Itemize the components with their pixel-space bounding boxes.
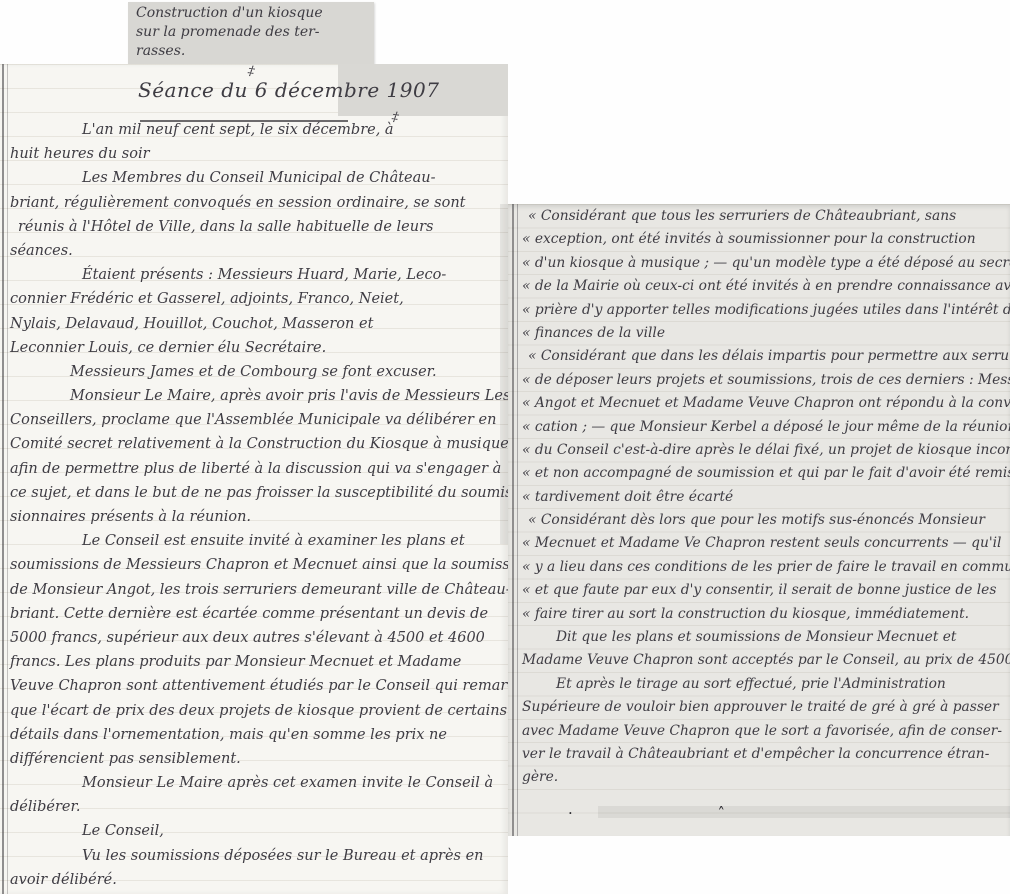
text-line: « prière d'y apporter telles modificatio…: [522, 302, 1008, 325]
text-line: « Considérant que tous les serruriers de…: [522, 208, 1008, 231]
text-line: Veuve Chapron sont attentivement étudiés…: [10, 678, 506, 702]
text-line: Le Conseil,: [10, 823, 506, 847]
text-line: francs. Les plans produits par Monsieur …: [10, 654, 506, 678]
text-line: Supérieure de vouloir bien approuver le …: [522, 699, 1008, 722]
text-line: « Considérant dès lors que pour les moti…: [522, 512, 1008, 535]
text-line: L'an mil neuf cent sept, le six décembre…: [10, 122, 506, 146]
text-line: « tardivement doit être écarté: [522, 489, 1008, 512]
text-line: Conseillers, proclame que l'Assemblée Mu…: [10, 412, 506, 436]
text-line: ver le travail à Châteaubriant et d'empê…: [522, 746, 1008, 769]
text-line: « Considérant que dans les délais impart…: [522, 348, 1008, 371]
text-line: « y a lieu dans ces conditions de les pr…: [522, 559, 1008, 582]
text-line: Étaient présents : Messieurs Huard, Mari…: [10, 267, 506, 291]
text-line: Monsieur Le Maire après cet examen invit…: [10, 775, 506, 799]
stray-ink-marks: · ˄: [568, 804, 795, 822]
text-line: « finances de la ville: [522, 325, 1008, 348]
text-line: « et que faute par eux d'y consentir, il…: [522, 582, 1008, 605]
left-page-margin-line: [2, 64, 4, 894]
left-page-text: L'an mil neuf cent sept, le six décembre…: [10, 122, 506, 894]
text-line: Les Membres du Conseil Municipal de Chât…: [10, 170, 506, 194]
text-line: gère.: [522, 769, 1008, 792]
text-line: briant. Cette dernière est écartée comme…: [10, 606, 506, 630]
header-note-line: sur la promenade des ter-: [136, 23, 368, 42]
text-line: réunis à l'Hôtel de Ville, dans la salle…: [10, 219, 506, 243]
text-line: séances.: [10, 243, 506, 267]
text-line: briant, régulièrement convoqués en sessi…: [10, 195, 506, 219]
text-line: « cation ; — que Monsieur Kerbel a dépos…: [522, 419, 1008, 442]
text-line: Nylais, Delavaud, Houillot, Couchot, Mas…: [10, 316, 506, 340]
text-line: de Monsieur Angot, les trois serruriers …: [10, 582, 506, 606]
left-page-margin-line: [7, 64, 8, 894]
text-line: Leconnier Louis, ce dernier élu Secrétai…: [10, 340, 506, 364]
right-page-margin-line: [512, 204, 514, 836]
text-line: connier Frédéric et Gasserel, adjoints, …: [10, 291, 506, 315]
text-line: Monsieur Le Maire, après avoir pris l'av…: [10, 388, 506, 412]
text-line: huit heures du soir: [10, 146, 506, 170]
text-line: sionnaires présents à la réunion.: [10, 509, 506, 533]
text-line: « de déposer leurs projets et soumission…: [522, 372, 1008, 395]
text-line: Dit que les plans et soumissions de Mons…: [522, 629, 1008, 652]
text-line: Et après le tirage au sort effectué, pri…: [522, 676, 1008, 699]
session-date-heading: Séance du 6 décembre 1907: [138, 78, 439, 102]
text-line: ce sujet, et dans le but de ne pas frois…: [10, 485, 506, 509]
right-page-text: « Considérant que tous les serruriers de…: [522, 208, 1008, 793]
document-scan: Construction d'un kiosque sur la promena…: [0, 0, 1010, 894]
left-page: Séance du 6 décembre 1907 ‡ ‡ L'an mil n…: [0, 64, 508, 894]
text-line: délibérer.: [10, 799, 506, 823]
right-page: « Considérant que tous les serruriers de…: [508, 204, 1010, 836]
text-line: « exception, ont été invités à soumissio…: [522, 231, 1008, 254]
header-note-line: rasses.: [136, 42, 368, 61]
text-line: soumissions de Messieurs Chapron et Mecn…: [10, 557, 506, 581]
text-line: Messieurs James et de Combourg se font e…: [10, 364, 506, 388]
right-page-margin-line: [517, 204, 518, 836]
text-line: « d'un kiosque à musique ; — qu'un modèl…: [522, 255, 1008, 278]
header-note-line: Construction d'un kiosque: [136, 4, 368, 23]
text-line: avoir délibéré.: [10, 872, 506, 894]
text-line: Le Conseil est ensuite invité à examiner…: [10, 533, 506, 557]
text-line: « du Conseil c'est-à-dire après le délai…: [522, 442, 1008, 465]
text-line: « Mecnuet et Madame Ve Chapron restent s…: [522, 535, 1008, 558]
text-line: « de la Mairie où ceux-ci ont été invité…: [522, 278, 1008, 301]
text-line: que l'écart de prix des deux projets de …: [10, 703, 506, 727]
text-line: « Angot et Mecnuet et Madame Veuve Chapr…: [522, 395, 1008, 418]
text-line: détails dans l'ornementation, mais qu'en…: [10, 727, 506, 751]
insertion-mark: ‡: [247, 64, 256, 80]
text-line: « faire tirer au sort la construction du…: [522, 606, 1008, 629]
text-line: Comité secret relativement à la Construc…: [10, 436, 506, 460]
text-line: afin de permettre plus de liberté à la d…: [10, 461, 506, 485]
text-line: 5000 francs, supérieur aux deux autres s…: [10, 630, 506, 654]
text-line: « et non accompagné de soumission et qui…: [522, 465, 1008, 488]
text-line: Vu les soumissions déposées sur le Burea…: [10, 848, 506, 872]
text-line: différencient pas sensiblement.: [10, 751, 506, 775]
text-line: Madame Veuve Chapron sont acceptés par l…: [522, 652, 1008, 675]
text-line: avec Madame Veuve Chapron que le sort a …: [522, 723, 1008, 746]
header-note: Construction d'un kiosque sur la promena…: [128, 2, 374, 66]
